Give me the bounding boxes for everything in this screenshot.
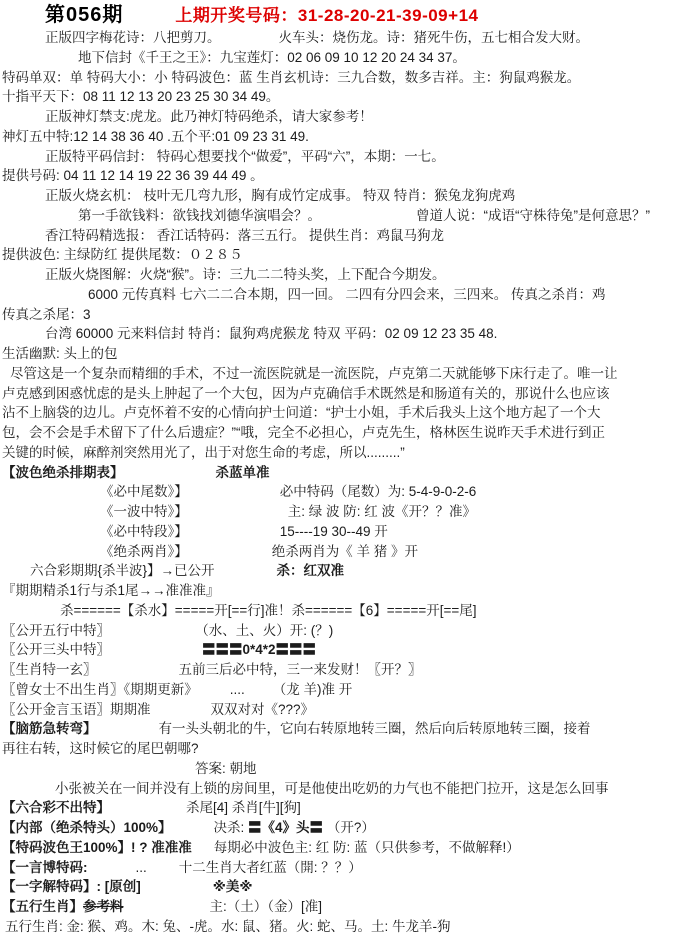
text-segment: 〓《4》头〓 [248, 820, 323, 835]
wave-kill-table-title-line: 【波色绝杀排期表】杀蓝单准 [2, 463, 688, 483]
text-segment: 〖公开三头中特〗 [2, 642, 110, 657]
text-segment: 正版特平码信封： 特码心想要找个“做爱”，平码“六”，本期：一七。 [45, 149, 445, 164]
three-heads-hit-line: 〖公开三头中特〗〓〓〓0*4*2〓〓〓 [2, 640, 688, 660]
text-segment: 尽管这是一个复杂而精细的手术，不过一流医院就是一流医院，卢克第二天就能够下床行走… [10, 366, 618, 381]
plum-poem-line: 正版四字梅花诗：八把剪刀。火车头：烧伤龙。诗：猪死牛伤，五七相合发大财。 [45, 28, 688, 48]
document-lines: 正版四字梅花诗：八把剪刀。火车头：烧伤龙。诗：猪死牛伤，五七相合发大财。地下信封… [0, 28, 688, 937]
special-flat-envelope-line: 正版特平码信封： 特码心想要找个“做爱”，平码“六”，本期：一七。 [45, 147, 688, 167]
humor-story-line-4: 包，会不会是手术留下了什么后遗症？”“哦，完全不必担心，卢克先生，格林医生说昨天… [2, 423, 688, 443]
text-segment: 正版火烧玄机： 枝叶无几弯九形，胸有成竹定成事。 特双 特肖：猴兔龙狗虎鸡 [45, 188, 515, 203]
wave-color-king-line: 【特码波色王100%】! ? 准准准每期必中波色主: 红 防: 蓝（只供参考，不… [2, 838, 688, 858]
humor-story-line-2: 卢克感到困惑忧虑的是头上肿起了一个大包，因为卢克确信手术既然是和肠道有关的，那说… [2, 384, 688, 404]
text-segment: 杀======【杀水】=====开[==行]准！杀======【6】=====开… [60, 603, 477, 618]
one-word-bet-line: 【一言博特码:...十二生肖大者红蓝（開: ？？） [2, 858, 688, 878]
text-segment: 主: 绿 波 防: 红 波《开？？准》 [288, 504, 476, 519]
fax-kill-tail-line: 传真之杀尾：3 [2, 305, 688, 325]
text-segment: 六合彩期期{杀半波}】→已公开 [30, 563, 215, 578]
text-segment: 正版四字梅花诗：八把剪刀。 [45, 30, 221, 45]
last-draw-numbers: 上期开奖号码：31-28-20-21-39-09+14 [175, 6, 478, 25]
life-humor-title-line: 生活幽默: 头上的包 [2, 344, 688, 364]
text-segment: 包，会不会是手术留下了什么后遗症？”“哦，完全不必担心，卢克先生，格林医生说昨天… [2, 425, 605, 440]
first-hand-money-line: 第一手欲钱料：欲钱找刘德华演唱会？。曾道人说：“成语“守株待兔”是何意思？” [78, 206, 688, 226]
text-segment: 参考料 [83, 899, 124, 914]
text-segment: 〖公开五行中特〗 [2, 623, 110, 638]
text-segment: 传真之杀尾：3 [2, 307, 91, 322]
text-segment: 〓〓〓0*4*2〓〓〓 [202, 642, 316, 657]
one-char-solve-line: 【一字解特码】: [原创]※美※ [2, 877, 688, 897]
text-segment: 第一手欲钱料：欲钱找刘德华演唱会？。 [78, 208, 321, 223]
text-segment: 提供波色: 主绿防红 提供尾数：０２８５ [2, 247, 243, 262]
xiangjiang-line: 香江特码精选报： 香江话特码：落三五行。 提供生肖：鸡鼠马狗龙 [45, 226, 688, 246]
text-segment: 正版火烧图解：火烧“猴”。诗：三九二二特头奖，上下配合今期发。 [45, 267, 446, 282]
one-wave-line: 《一波中特》】主: 绿 波 防: 红 波《开？？准》 [100, 502, 688, 522]
text-segment: 【一言博特码: [2, 860, 88, 875]
text-segment: 杀：红双准 [277, 563, 345, 578]
text-segment: 地下信封《千王之王》：九宝莲灯：02 06 09 10 12 20 24 34 … [78, 50, 466, 65]
header-line: 第056期上期开奖号码：31-28-20-21-39-09+14 [0, 2, 688, 28]
text-segment: 【六合彩不出特】 [2, 800, 110, 815]
text-segment: 必中特码（尾数）为: 5-4-9-0-2-6 [280, 484, 477, 499]
provided-numbers-line: 提供号码: 04 11 12 14 19 22 36 39 44 49 。 [2, 166, 688, 186]
precise-kill-title-line: 『期期精杀1行与杀1尾→→准准准』 [2, 581, 688, 601]
madam-zeng-line: 〖曾女士不出生肖〗《期期更新》....（龙 羊)准 开 [2, 680, 688, 700]
text-segment: 〖曾女士不出生肖〗《期期更新》 [2, 682, 198, 697]
text-segment: 《一波中特》】 [100, 504, 188, 519]
text-segment: 火车头：烧伤龙。诗：猪死牛伤，五七相合发大财。 [279, 30, 590, 45]
text-segment: 特码单双：单 特码大小：小 特码波色：蓝 生肖玄机诗：三九合数，数多吉祥。主：狗… [2, 70, 580, 85]
text-segment: .... [230, 682, 245, 697]
fire-mystery-line: 正版火烧玄机： 枝叶无几弯九形，胸有成竹定成事。 特双 特肖：猴兔龙狗虎鸡 [45, 186, 688, 206]
fire-diagram-line: 正版火烧图解：火烧“猴”。诗：三九二二特头奖，上下配合今期发。 [45, 265, 688, 285]
internal-kill-head-line: 【内部（绝杀特头）100%】决杀: 〓《4》头〓 （开?） [2, 818, 688, 838]
text-segment: 再往右转，这时候它的尾巴朝哪? [2, 741, 199, 756]
brain-teaser-2-line: 小张被关在一间并没有上锁的房间里，可是他使出吃奶的力气也不能把门拉开，这是怎么回… [55, 779, 688, 799]
text-segment: 曾道人说：“成语“守株待兔”是何意思？” [416, 208, 650, 223]
text-segment: 有一头头朝北的牛，它向右转原地转三圈，然后向后转原地转三圈，接着 [159, 721, 591, 736]
taiwan-60000-line: 台湾 60000 元来料信封 特肖：鼠狗鸡虎猴龙 特双 平码：02 09 12 … [45, 324, 688, 344]
text-segment: 决杀: [214, 820, 249, 835]
text-segment: 〖公开金言玉语〗期期准 [2, 702, 151, 717]
text-segment: 答案: 朝地 [195, 761, 257, 776]
text-segment: 正版神灯禁支:虎龙。此乃神灯特码绝杀，请大家参考！ [45, 109, 373, 124]
underground-envelope-line: 地下信封《千王之王》：九宝莲灯：02 06 09 10 12 20 24 34 … [78, 48, 688, 68]
text-segment: 提供号码: 04 11 12 14 19 22 36 39 44 49 。 [2, 168, 264, 183]
text-segment: 15----19 30--49 开 [280, 524, 388, 539]
text-segment: 杀尾[4] 杀肖[牛][狗] [186, 800, 301, 815]
ten-fingers-line: 十指平天下：08 11 12 13 20 23 25 30 34 49。 [2, 87, 688, 107]
five-elements-hit-line: 〖公开五行中特〗（水、土、火）开: (？) [2, 621, 688, 641]
text-segment: 《必中特段》】 [100, 524, 188, 539]
text-segment: 【波色绝杀排期表】 [2, 465, 124, 480]
no-special-line: 【六合彩不出特】杀尾[4] 杀肖[牛][狗] [2, 798, 688, 818]
text-segment: 杀蓝单准 [216, 465, 270, 480]
text-segment: ... [136, 860, 147, 875]
text-segment: （水、土、火）开: (？) [202, 623, 333, 638]
text-segment: 【脑筋急转弯】 [2, 721, 97, 736]
text-segment: 【五行生肖】 [2, 899, 83, 914]
must-hit-segment-line: 《必中特段》】15----19 30--49 开 [100, 522, 688, 542]
humor-story-line-1: 尽管这是一个复杂而精细的手术，不过一流医院就是一流医院，卢克第二天就能够下床行走… [10, 364, 688, 384]
text-segment: 卢克感到困惑忧虑的是头上肿起了一个大包，因为卢克确信手术既然是和肠道有关的，那说… [2, 386, 610, 401]
lottery-tip-sheet: 第056期上期开奖号码：31-28-20-21-39-09+14 正版四字梅花诗… [0, 0, 688, 937]
text-segment: 沾不上脑袋的边儿。卢克怀着不安的心情向护士问道：“护士小姐，手术后我头上这个地方… [2, 405, 601, 420]
text-segment: 香江特码精选报： 香江话特码：落三五行。 提供生肖：鸡鼠马狗龙 [45, 228, 444, 243]
zodiac-mystery-line: 〖生肖特一玄〗五前三后必中特，三一来发财！〖开？〗 [2, 660, 688, 680]
text-segment: 十二生肖大者红蓝（開: ？？） [179, 860, 362, 875]
text-segment: 《必中尾数》】 [100, 484, 188, 499]
text-segment: 【内部（绝杀特头）100%】 [2, 820, 172, 835]
magic-lamp-ban-line: 正版神灯禁支:虎龙。此乃神灯特码绝杀，请大家参考！ [45, 107, 688, 127]
text-segment: （龙 羊)准 开 [273, 682, 353, 697]
humor-story-line-3: 沾不上脑袋的边儿。卢克怀着不安的心情向护士问道：“护士小姐，手术后我头上这个地方… [2, 403, 688, 423]
issue-number: 第056期 [45, 4, 123, 26]
half-wave-kill-line: 六合彩期期{杀半波}】→已公开杀：红双准 [30, 561, 688, 581]
text-segment: 双双对对《???》 [211, 702, 315, 717]
kill-two-zodiac-line: 《绝杀两肖》】绝杀两肖为《 羊 猪 》开 [100, 542, 688, 562]
brain-teaser-answer-line: 答案: 朝地 [195, 759, 688, 779]
text-segment: 关键的时候，麻醉剂突然用光了，出于对您生命的考虑，所以.........” [2, 445, 405, 460]
text-segment: ※美※ [213, 879, 253, 894]
text-segment: 生活幽默: 头上的包 [2, 346, 118, 361]
text-segment: 《绝杀两肖》】 [100, 544, 188, 559]
golden-words-line: 〖公开金言玉语〗期期准双双对对《???》 [2, 700, 688, 720]
text-segment: 『期期精杀1行与杀1尾→→准准准』 [2, 583, 220, 598]
text-segment: 五行生肖: 金: 猴、鸡。木: 兔、-虎。水: 鼠、猪。火: 蛇、马。土: 牛龙… [5, 919, 451, 934]
must-hit-tails-line: 《必中尾数》】必中特码（尾数）为: 5-4-9-0-2-6 [100, 482, 688, 502]
text-segment: （开?） [323, 820, 375, 835]
fax-6000-line: 6000 元传真料 七六二二合本期，四一回。 二四有分四会来，三四来。 传真之杀… [88, 285, 688, 305]
text-segment: 神灯五中特:12 14 38 36 40 .五个平:01 09 23 31 49… [2, 129, 309, 144]
text-segment: 小张被关在一间并没有上锁的房间里，可是他使出吃奶的力气也不能把门拉开，这是怎么回… [55, 781, 609, 796]
text-segment: 十指平天下：08 11 12 13 20 23 25 30 34 49。 [2, 89, 279, 104]
text-segment: 台湾 60000 元来料信封 特肖：鼠狗鸡虎猴龙 特双 平码：02 09 12 … [45, 326, 497, 341]
magic-lamp-five-line: 神灯五中特:12 14 38 36 40 .五个平:01 09 23 31 49… [2, 127, 688, 147]
text-segment: 主:（土）（金）[准] [210, 899, 323, 914]
five-elements-zodiac-title-line: 【五行生肖】参考料主:（土）（金）[准] [2, 897, 688, 917]
text-segment: 〖生肖特一玄〗 [2, 662, 97, 677]
text-segment: 每期必中波色主: 红 防: 蓝（只供参考，不做解释!） [214, 840, 520, 855]
brain-teaser-line-1: 【脑筋急转弯】有一头头朝北的牛，它向右转原地转三圈，然后向后转原地转三圈，接着 [2, 719, 688, 739]
kill-water-line: 杀======【杀水】=====开[==行]准！杀======【6】=====开… [60, 601, 688, 621]
provided-wave-color-line: 提供波色: 主绿防红 提供尾数：０２８５ [2, 245, 688, 265]
text-segment: 绝杀两肖为《 羊 猪 》开 [272, 544, 418, 559]
brain-teaser-line-2: 再往右转，这时候它的尾巴朝哪? [2, 739, 688, 759]
five-elements-zodiac-line: 五行生肖: 金: 猴、鸡。木: 兔、-虎。水: 鼠、猪。火: 蛇、马。土: 牛龙… [5, 917, 688, 937]
text-segment: 【一字解特码】: [原创] [2, 879, 141, 894]
special-code-odd-even-line: 特码单双：单 特码大小：小 特码波色：蓝 生肖玄机诗：三九合数，数多吉祥。主：狗… [2, 68, 688, 88]
humor-story-line-5: 关键的时候，麻醉剂突然用光了，出于对您生命的考虑，所以.........” [2, 443, 688, 463]
text-segment: 【特码波色王100%】! ? 准准准 [2, 840, 192, 855]
text-segment: 五前三后必中特，三一来发财！〖开？〗 [179, 662, 422, 677]
text-segment: 6000 元传真料 七六二二合本期，四一回。 二四有分四会来，三四来。 传真之杀… [88, 287, 606, 302]
